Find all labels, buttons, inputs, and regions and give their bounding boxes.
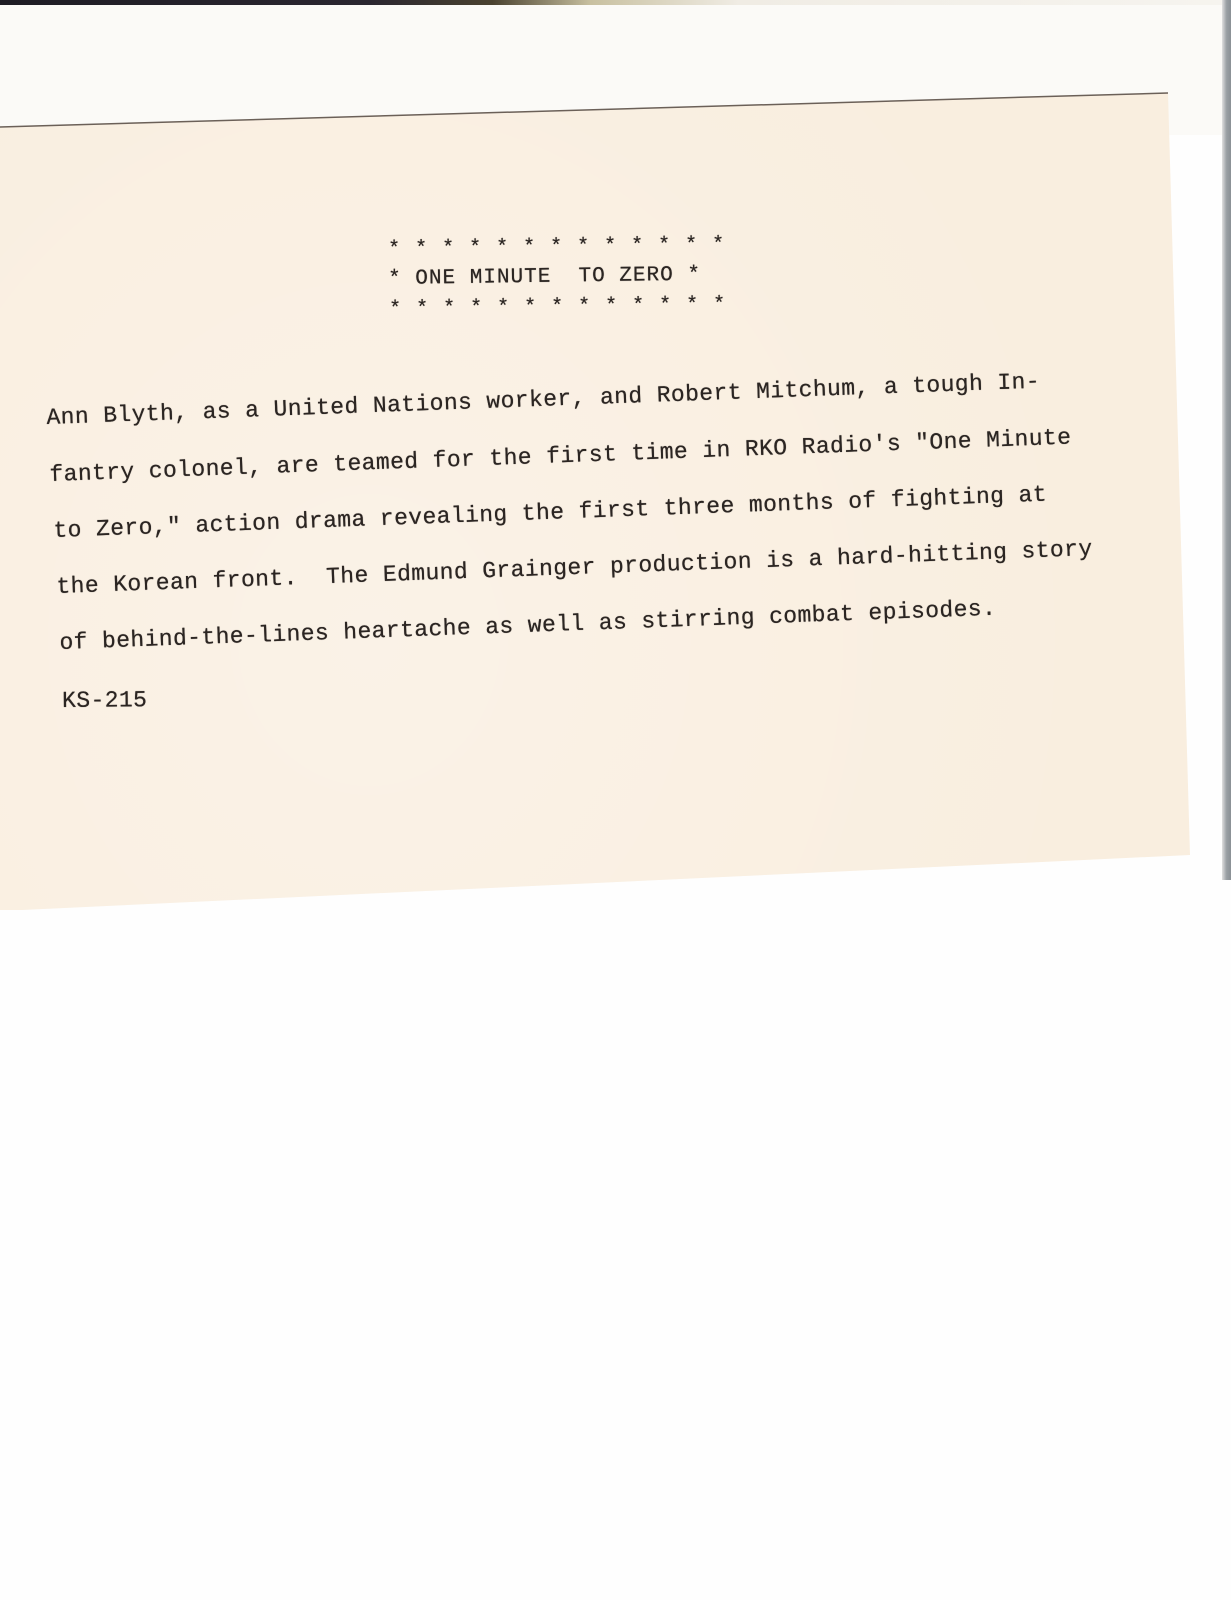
reference-code: KS-215 [62, 687, 147, 714]
title-stars-top: * * * * * * * * * * * * * [388, 233, 726, 261]
title-stars-bottom: * * * * * * * * * * * * * [389, 293, 727, 321]
film-title: * ONE MINUTE TO ZERO * [388, 264, 701, 291]
scan-top-edge [0, 0, 1231, 5]
scan-right-edge [1222, 0, 1231, 880]
